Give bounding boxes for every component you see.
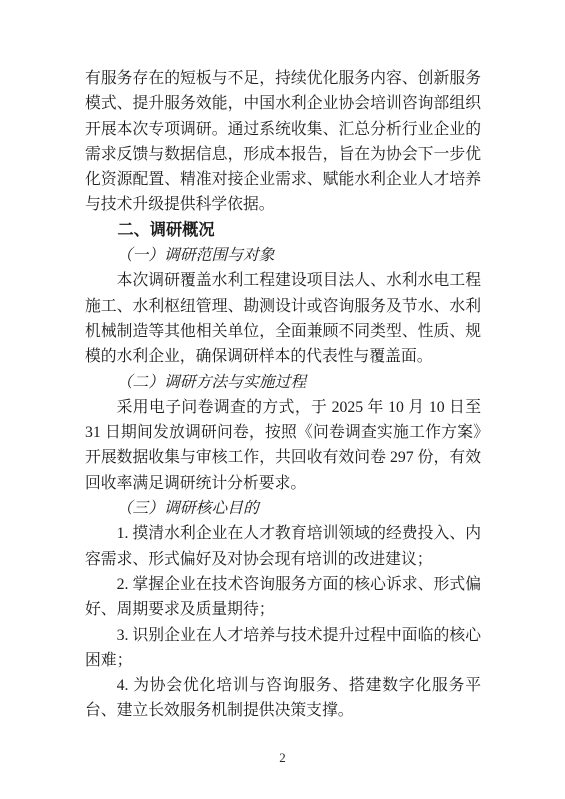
- numbered-item: 4. 为协会优化培训与咨询服务、搭建数字化服务平台、建立长效服务机制提供决策支撑…: [85, 673, 481, 724]
- body-paragraph: 有服务存在的短板与不足，持续优化服务内容、创新服务模式、提升服务效能，中国水利企…: [85, 66, 481, 218]
- numbered-item: 1. 摸清水利企业在人才教育培训领域的经费投入、内容需求、形式偏好及对协会现有培…: [85, 521, 481, 572]
- section-heading: 二、调研概况: [85, 218, 481, 243]
- body-paragraph: 采用电子问卷调查的方式，于 2025 年 10 月 10 日至 31 日期间发放…: [85, 395, 481, 496]
- subsection-heading: （三）调研核心目的: [85, 496, 481, 521]
- numbered-item: 2. 掌握企业在技术咨询服务方面的核心诉求、形式偏好、周期要求及质量期待；: [85, 572, 481, 623]
- body-paragraph: 本次调研覆盖水利工程建设项目法人、水利水电工程施工、水利枢纽管理、勘测设计或咨询…: [85, 268, 481, 369]
- subsection-heading: （二）调研方法与实施过程: [85, 370, 481, 395]
- subsection-heading: （一）调研范围与对象: [85, 243, 481, 268]
- page-number: 2: [0, 749, 565, 767]
- document-page: 有服务存在的短板与不足，持续优化服务内容、创新服务模式、提升服务效能，中国水利企…: [0, 0, 565, 799]
- document-body: 有服务存在的短板与不足，持续优化服务内容、创新服务模式、提升服务效能，中国水利企…: [85, 66, 481, 724]
- numbered-item: 3. 识别企业在人才培养与技术提升过程中面临的核心困难；: [85, 623, 481, 674]
